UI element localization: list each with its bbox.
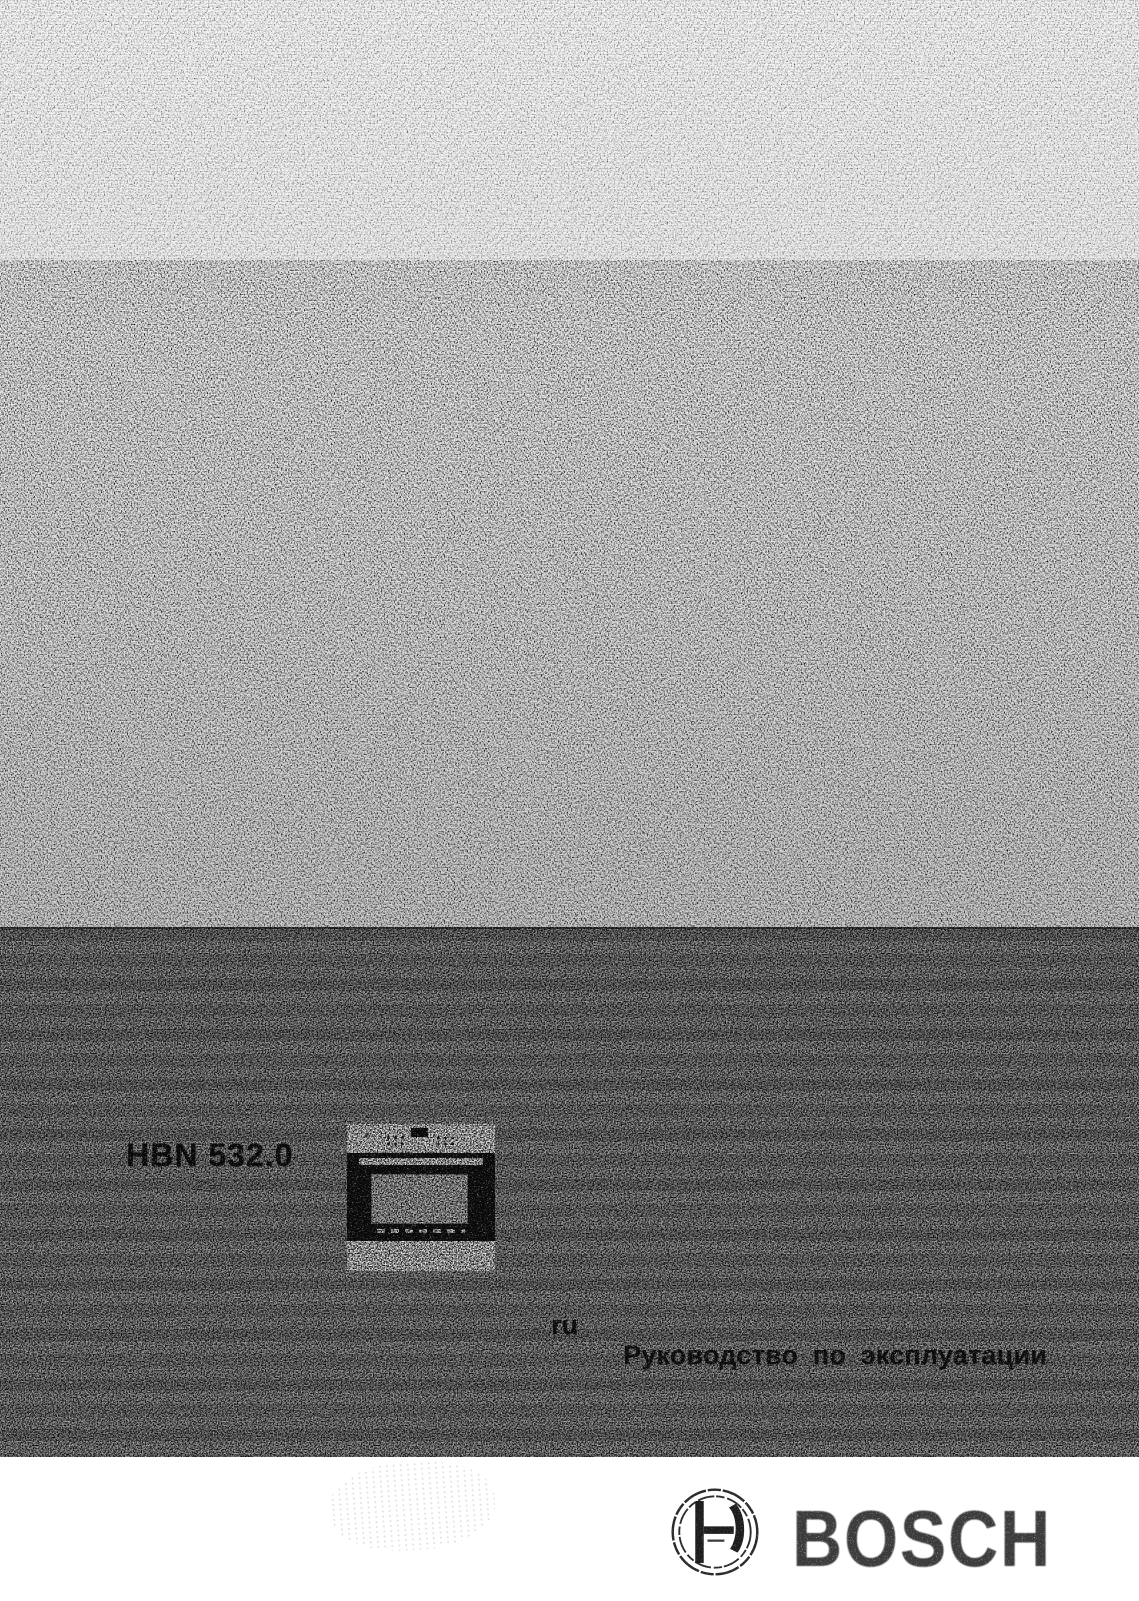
oven-base-vents (375, 1251, 467, 1259)
oven-control-panel (347, 1124, 495, 1153)
bosch-armature-icon (668, 1485, 762, 1579)
title-band: HBN 532.0 ru Руководство по эксплуатации (0, 927, 1139, 1457)
oven-panel-mark (365, 1133, 369, 1137)
manual-title: Руководство по эксплуатации (623, 1340, 1139, 1371)
oven-display (411, 1128, 428, 1137)
oven-shelf-marks (377, 1229, 465, 1233)
cover-photo (0, 0, 1139, 927)
brand-wordmark: BOSCH (792, 1493, 1052, 1585)
scan-smudge (327, 1456, 498, 1555)
oven-door (347, 1153, 495, 1241)
model-number: HBN 532.0 (126, 1137, 1139, 1174)
language-code: ru (551, 1310, 1139, 1341)
footer: BOSCH (0, 1457, 1139, 1601)
oven-window (371, 1174, 468, 1224)
oven-handle (359, 1158, 483, 1165)
oven-knobs-left (385, 1135, 407, 1147)
manual-cover-page: HBN 532.0 ru Руководство по эксплуатации (0, 0, 1139, 1601)
oven-base-panel (347, 1241, 495, 1271)
oven-knobs-right (435, 1135, 457, 1147)
oven-illustration (347, 1124, 495, 1271)
